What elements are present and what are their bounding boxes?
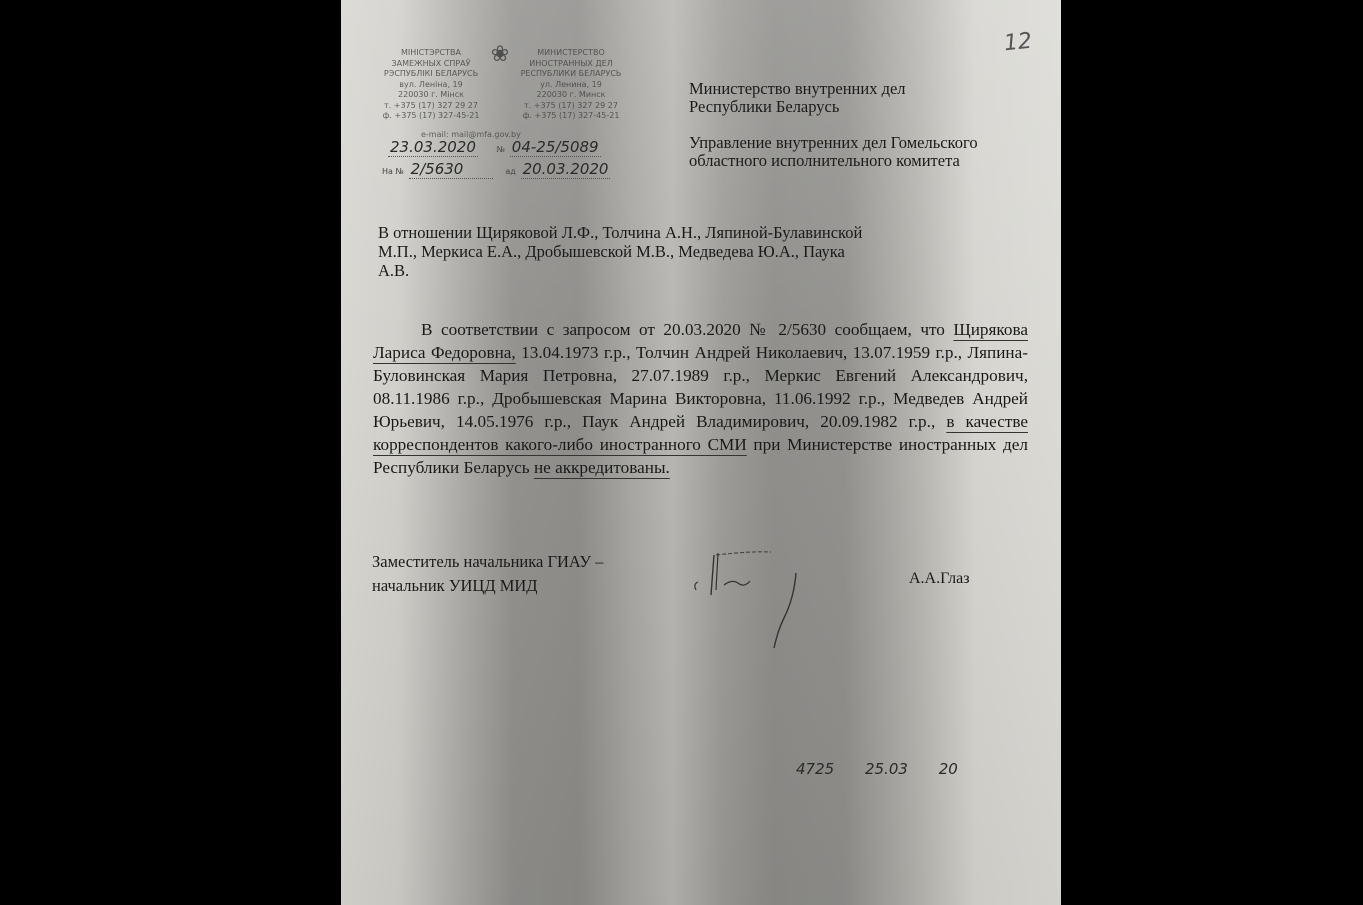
page-number: 12 (1003, 29, 1033, 57)
registration-year: 20 (939, 760, 958, 778)
reply-to-row: На № 2/5630 ад 20.03.2020 (382, 160, 610, 179)
reply-to-label: На № (382, 167, 404, 176)
registration-annotation: 4725 25.03 20 (796, 760, 984, 778)
underlined-conclusion: не аккредитованы. (534, 458, 670, 477)
document-page: 12 ❀ МІНІСТЭРСТВА ЗАМЕЖНЫХ СПРАЎ РЭСПУБЛ… (341, 0, 1061, 905)
addressee-block: Министерство внутренних дел Республики Б… (689, 80, 989, 188)
stamp-belarusian-text: МІНІСТЭРСТВА ЗАМЕЖНЫХ СПРАЎ РЭСПУБЛІКІ Б… (366, 48, 496, 122)
registration-number: 4725 (796, 760, 834, 778)
signatory-name: А.А.Глаз (909, 570, 970, 588)
subject-line: В отношении Щиряковой Л.Ф., Толчина А.Н.… (378, 223, 868, 280)
stamp-russian-text: МИНИСТЕРСТВО ИНОСТРАННЫХ ДЕЛ РЕСПУБЛИКИ … (506, 48, 636, 122)
outgoing-row: 23.03.2020 № 04-25/5089 (388, 138, 601, 157)
number-label: № (497, 145, 505, 154)
reply-to-date: 20.03.2020 (521, 160, 611, 179)
ministry-stamp: ❀ МІНІСТЭРСТВА ЗАМЕЖНЫХ СПРАЎ РЭСПУБЛІКІ… (366, 40, 646, 180)
reply-to-number: 2/5630 (409, 160, 493, 179)
registration-date: 25.03 (865, 760, 908, 778)
signatory-title: Заместитель начальника ГИАУ – начальник … (372, 550, 603, 598)
from-label: ад (505, 167, 515, 176)
letter-body: В соответствии с запросом от 20.03.2020 … (373, 318, 1028, 479)
handwritten-signature (686, 545, 806, 655)
addressee-department: Управление внутренних дел Гомельского об… (689, 134, 989, 170)
addressee-ministry: Министерство внутренних дел Республики Б… (689, 80, 989, 116)
outgoing-number: 04-25/5089 (510, 138, 601, 157)
outgoing-date: 23.03.2020 (388, 138, 478, 157)
